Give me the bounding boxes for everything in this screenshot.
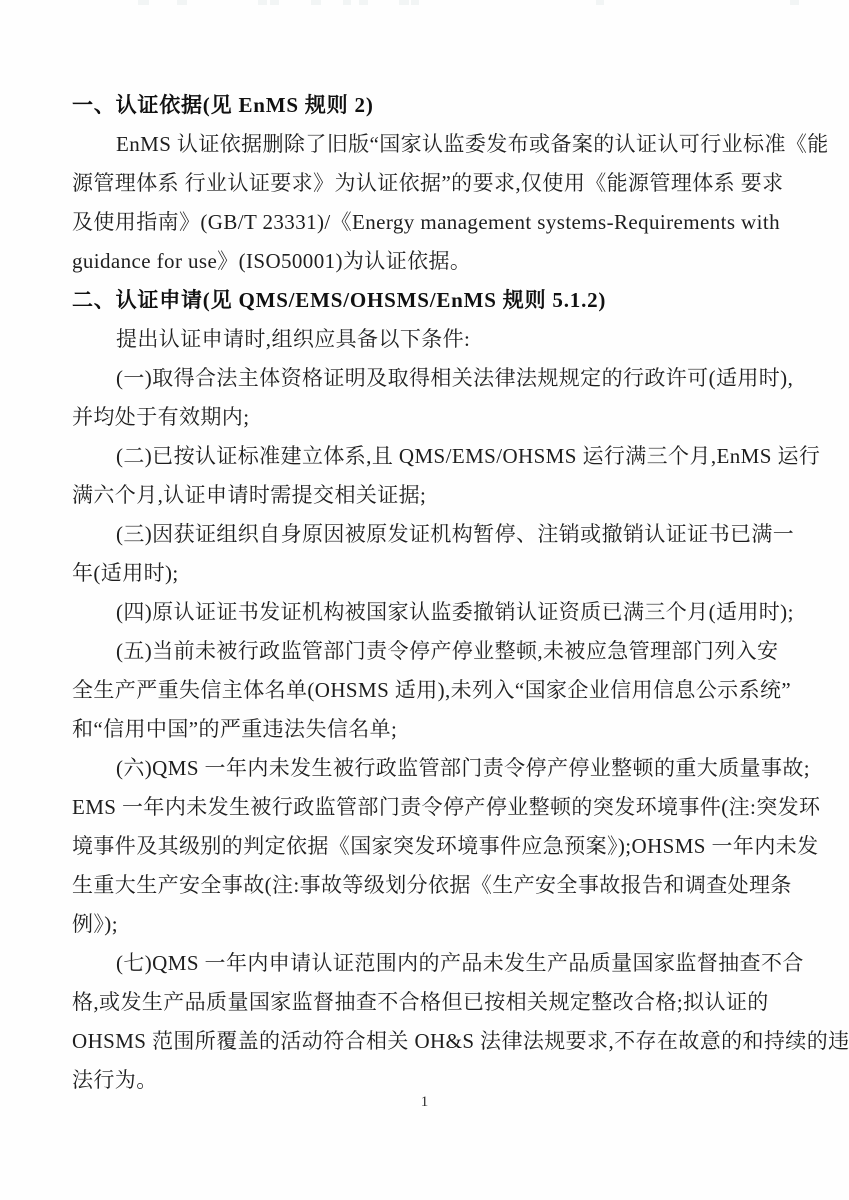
text-line: (三)因获证组织自身原因被原发证机构暂停、注销或撤销认证证书已满一 [72, 515, 784, 554]
text-line: OHSMS 范围所覆盖的活动符合相关 OH&S 法律法规要求,不存在故意的和持续… [72, 1022, 784, 1061]
section-heading: 一、认证依据(见 EnMS 规则 2) [72, 86, 784, 125]
text-line: guidance for use》(ISO50001)为认证依据。 [72, 242, 784, 281]
scan-noise-mark [399, 0, 409, 5]
text-line: (四)原认证证书发证机构被国家认监委撤销认证资质已满三个月(适用时); [72, 593, 784, 632]
scan-noise-mark [411, 0, 419, 5]
text-line: (七)QMS 一年内申请认证范围内的产品未发生产品质量国家监督抽查不合 [72, 944, 784, 983]
text-line: 满六个月,认证申请时需提交相关证据; [72, 476, 784, 515]
text-line: 并均处于有效期内; [72, 398, 784, 437]
text-line: EMS 一年内未发生被行政监管部门责令停产停业整顿的突发环境事件(注:突发环 [72, 788, 784, 827]
document-lines: 一、认证依据(见 EnMS 规则 2)EnMS 认证依据删除了旧版“国家认监委发… [72, 86, 784, 1100]
text-line: (二)已按认证标准建立体系,且 QMS/EMS/OHSMS 运行满三个月,EnM… [72, 437, 784, 476]
section-heading: 二、认证申请(见 QMS/EMS/OHSMS/EnMS 规则 5.1.2) [72, 281, 784, 320]
scan-noise-mark [258, 0, 267, 5]
text-line: 源管理体系 行业认证要求》为认证依据”的要求,仅使用《能源管理体系 要求 [72, 164, 784, 203]
scan-noise-mark [177, 0, 187, 5]
scan-noise-mark [359, 0, 368, 5]
text-line: 及使用指南》(GB/T 23331)/《Energy management sy… [72, 203, 784, 242]
text-line: 生重大生产安全事故(注:事故等级划分依据《生产安全事故报告和调查处理条 [72, 866, 784, 905]
text-line: 全生产严重失信主体名单(OHSMS 适用),未列入“国家企业信用信息公示系统” [72, 671, 784, 710]
text-line: (六)QMS 一年内未发生被行政监管部门责令停产停业整顿的重大质量事故; [72, 749, 784, 788]
text-line: (一)取得合法主体资格证明及取得相关法律法规规定的行政许可(适用时), [72, 359, 784, 398]
text-line: 年(适用时); [72, 554, 784, 593]
text-line: 提出认证申请时,组织应具备以下条件: [72, 320, 784, 359]
scan-noise-mark [311, 0, 321, 5]
scan-noise-mark [343, 0, 351, 5]
text-line: EnMS 认证依据删除了旧版“国家认监委发布或备案的认证认可行业标准《能 [72, 125, 784, 164]
text-line: 格,或发生产品质量国家监督抽查不合格但已按相关规定整改合格;拟认证的 [72, 983, 784, 1022]
page-number: 1 [0, 1094, 849, 1111]
scan-noise-mark [138, 0, 149, 5]
scan-noise-mark [270, 0, 279, 5]
text-line: 境事件及其级别的判定依据《国家突发环境事件应急预案》);OHSMS 一年内未发 [72, 827, 784, 866]
scan-noise-mark [596, 0, 604, 5]
scan-noise-mark [790, 0, 799, 5]
document-page: 一、认证依据(见 EnMS 规则 2)EnMS 认证依据删除了旧版“国家认监委发… [0, 0, 849, 1200]
text-line: 例》); [72, 905, 784, 944]
text-line: 和“信用中国”的严重违法失信名单; [72, 710, 784, 749]
text-line: (五)当前未被行政监管部门责令停产停业整顿,未被应急管理部门列入安 [72, 632, 784, 671]
